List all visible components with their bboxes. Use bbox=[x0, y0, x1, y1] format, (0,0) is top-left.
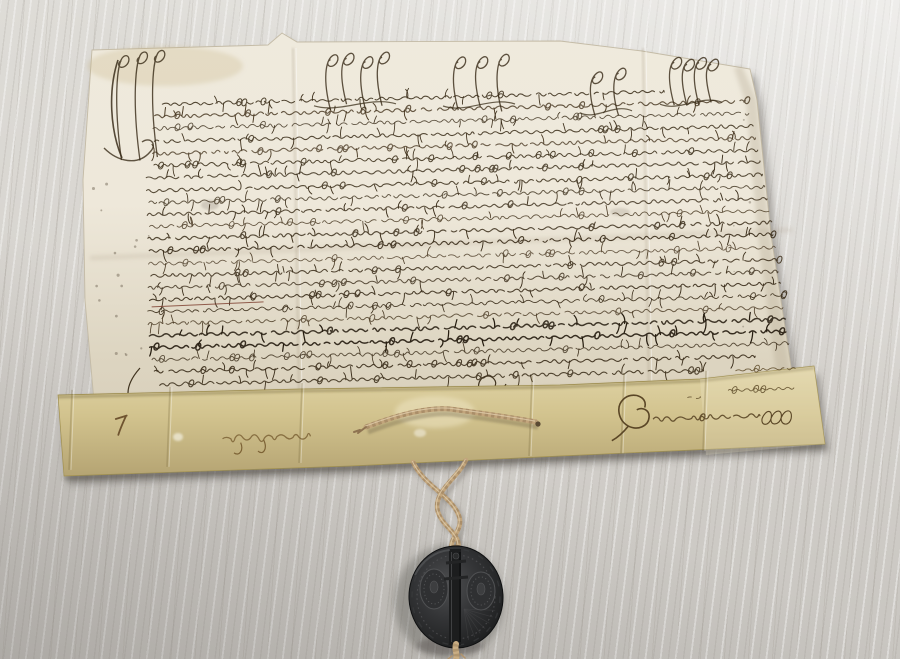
photograph bbox=[0, 0, 900, 659]
photo-canvas bbox=[0, 0, 900, 659]
